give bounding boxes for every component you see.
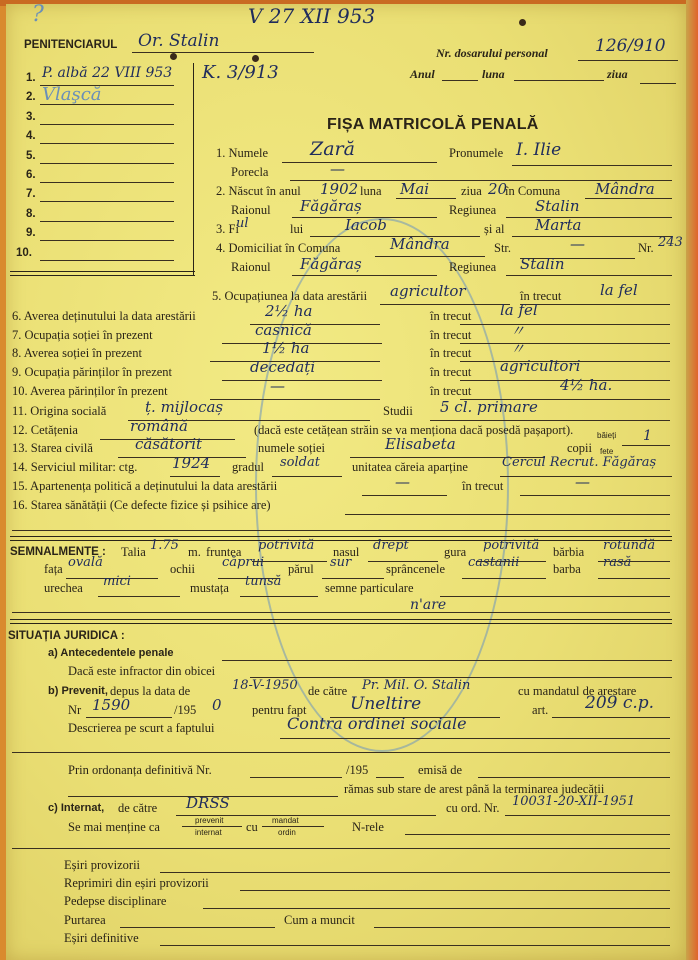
- anul-label: Anul: [410, 67, 435, 82]
- urechea-value[interactable]: mici: [103, 574, 131, 589]
- militar-label: 14. Serviciul militar: ctg.: [12, 460, 137, 475]
- transfer-num: 10.: [16, 247, 32, 259]
- cu-label: cu: [246, 820, 258, 835]
- frac-prevenit: prevenit: [195, 816, 223, 825]
- ochii-value[interactable]: căprui: [222, 555, 264, 570]
- cum-a-muncit-label: Cum a muncit: [284, 913, 355, 928]
- politica-trecut-value[interactable]: —: [575, 473, 590, 491]
- row-trecut-label: în trecut: [430, 346, 471, 361]
- art-label: art.: [532, 703, 548, 718]
- parul-label: părul: [288, 562, 314, 577]
- corner-mark: ?: [32, 2, 44, 27]
- nr-label: Nr.: [638, 241, 654, 256]
- dom-raionul-label: Raionul: [231, 260, 271, 275]
- punch-hole: [519, 19, 526, 26]
- transfer-num: 4.: [26, 130, 36, 142]
- urechea-label: urechea: [44, 581, 83, 596]
- internat-catre-value[interactable]: DRSS: [186, 794, 230, 812]
- dom-regiunea-label: Regiunea: [449, 260, 496, 275]
- catre-label: de către: [308, 684, 347, 699]
- ochii-label: ochii: [170, 562, 195, 577]
- frac-mandat: mandat: [272, 816, 299, 825]
- emisa-label: emisă de: [418, 763, 462, 778]
- barba-label: barba: [553, 562, 581, 577]
- row-trecut-value[interactable]: agricultori: [500, 357, 580, 375]
- catre-value[interactable]: Pr. Mil. O. Stalin: [362, 678, 470, 693]
- ordonanta-an-label: /195: [346, 763, 368, 778]
- row-label: 6. Averea deținutului la data arestării: [12, 309, 196, 324]
- mama-value[interactable]: Marta: [535, 216, 581, 234]
- card-right-edge: [686, 0, 698, 960]
- row-value[interactable]: casnică: [255, 321, 312, 339]
- nascut-luna-label: luna: [360, 184, 382, 199]
- row-trecut-label: în trecut: [430, 365, 471, 380]
- ctg-value[interactable]: 1924: [172, 454, 210, 472]
- str-label: Str.: [494, 241, 511, 256]
- fiul-suffix[interactable]: ul: [236, 216, 249, 231]
- porecla-label: Porecla: [231, 165, 268, 180]
- purtarea-label: Purtarea: [64, 913, 106, 928]
- art-value[interactable]: 209 c.p.: [585, 693, 654, 713]
- baieti-label: băieți: [597, 431, 616, 440]
- dosar-label: Nr. dosarului personal: [436, 46, 548, 61]
- punch-hole: [252, 55, 259, 62]
- luna-label: luna: [482, 67, 505, 82]
- fata-label: fața: [44, 562, 63, 577]
- dom-regiunea-value[interactable]: Stalin: [520, 255, 565, 273]
- transfer-value[interactable]: P. albă 22 VIII 953: [42, 65, 172, 81]
- gradul-label: gradul: [232, 460, 264, 475]
- origina-value[interactable]: ț. mijlocaș: [145, 398, 223, 416]
- studii-label: Studii: [383, 404, 413, 419]
- talia-value[interactable]: 1.75: [150, 538, 179, 553]
- starea-value[interactable]: căsătorit: [135, 435, 202, 453]
- porecla-value[interactable]: —: [330, 160, 345, 178]
- pronumele-value[interactable]: I. Ilie: [516, 140, 561, 160]
- mandat-an-prefix: /195: [174, 703, 196, 718]
- top-note: V 27 XII 953: [248, 4, 375, 28]
- transfer-value[interactable]: Vlaşcă: [42, 84, 102, 105]
- esiri-definitive-label: Eșiri definitive: [64, 931, 139, 946]
- row-trecut-label: în trecut: [430, 384, 471, 399]
- row-value[interactable]: —: [270, 377, 285, 395]
- penitenciar-label: PENITENCIARUL: [24, 39, 117, 51]
- row-value[interactable]: 1½ ha: [262, 339, 309, 357]
- juridica-title: SITUAȚIA JURIDICA :: [8, 630, 125, 642]
- row-value[interactable]: agricultor: [390, 282, 466, 300]
- nascut-label: 2. Născut în anul: [216, 184, 301, 199]
- barba-value[interactable]: rasă: [603, 555, 631, 570]
- domiciliu-label: 4. Domiciliat în Comuna: [216, 241, 340, 256]
- sotie-value[interactable]: Elisabeta: [385, 435, 456, 453]
- semne-label: semne particulare: [325, 581, 414, 596]
- row-trecut-value[interactable]: 4½ ha.: [560, 376, 612, 394]
- row-label: 8. Averea soției în prezent: [12, 346, 142, 361]
- row-trecut-label: în trecut: [430, 309, 471, 324]
- fata-value[interactable]: ovală: [68, 555, 103, 570]
- transfer-num: 1.: [26, 72, 36, 84]
- sprancenele-label: sprâncenele: [386, 562, 445, 577]
- nrele-label: N-rele: [352, 820, 384, 835]
- unitatea-value[interactable]: Cercul Recrut. Făgăraș: [502, 455, 656, 470]
- internat-catre-label: de către: [118, 801, 157, 816]
- row-label: 9. Ocupația părinților în prezent: [12, 365, 172, 380]
- internat-label: c) Internat,: [48, 802, 104, 814]
- ord-value[interactable]: 10031-20-XII-1951: [512, 794, 635, 809]
- politica-value[interactable]: —: [395, 473, 410, 491]
- nascut-ziua-label: ziua: [461, 184, 482, 199]
- ordonanta-label: Prin ordonanța definitivă Nr.: [68, 763, 212, 778]
- fapta-value[interactable]: Uneltire: [350, 694, 421, 714]
- politica-trecut-label: în trecut: [462, 479, 503, 494]
- gura-label: gura: [444, 545, 466, 560]
- mandat-an-value[interactable]: 0: [212, 696, 222, 714]
- m-label: m.: [188, 545, 201, 560]
- numele-value[interactable]: Zară: [310, 138, 355, 160]
- nascut-luna[interactable]: Mai: [400, 180, 429, 198]
- nascut-anul[interactable]: 1902: [320, 180, 358, 198]
- penitenciar-value[interactable]: Or. Stalin: [138, 31, 219, 51]
- tata-value[interactable]: Iacob: [345, 216, 387, 234]
- dom-raionul-value[interactable]: Făgăraș: [300, 255, 362, 273]
- row-trecut-label: în trecut: [430, 328, 471, 343]
- barbia-value[interactable]: rotundă: [603, 538, 655, 553]
- descriere-label: Descrierea pe scurt a faptului: [68, 721, 214, 736]
- mandat-nr-value[interactable]: 1590: [92, 696, 130, 714]
- origina-label: 11. Origina socială: [12, 404, 106, 419]
- si-al-label: și al: [484, 222, 504, 237]
- frac-ordin: ordin: [278, 828, 296, 837]
- esiri-provizorii-label: Eșiri provizorii: [64, 858, 140, 873]
- nasul-value[interactable]: drept: [373, 538, 409, 553]
- nr-value[interactable]: 243: [658, 235, 683, 250]
- semne-value[interactable]: n'are: [410, 597, 446, 613]
- raionul-value[interactable]: Făgăraș: [300, 197, 362, 215]
- mandat-nr-label: Nr: [68, 703, 81, 718]
- copii-label: copii: [567, 441, 592, 456]
- mentine-label: Se mai menține ca: [68, 820, 160, 835]
- antecedente-label: a) Antecedentele penale: [48, 647, 174, 659]
- cetatenia-label: 12. Cetățenia: [12, 423, 78, 438]
- pronumele-label: Pronumele: [449, 146, 503, 161]
- numele-label: 1. Numele: [216, 146, 268, 161]
- cetatenia-value[interactable]: română: [130, 417, 188, 435]
- regiunea-label: Regiunea: [449, 203, 496, 218]
- transfer-num: 6.: [26, 169, 36, 181]
- transfer-num: 3.: [26, 111, 36, 123]
- ord-label: cu ord. Nr.: [446, 801, 499, 816]
- pedepse-label: Pedepse disciplinare: [64, 894, 166, 909]
- parul-value[interactable]: sur: [330, 555, 351, 570]
- transfer-num: 7.: [26, 188, 36, 200]
- row-trecut-value[interactable]: 〃: [510, 338, 525, 359]
- gura-value[interactable]: potrivită: [483, 538, 539, 553]
- mustata-value[interactable]: tunsă: [245, 574, 281, 589]
- transfer-num: 8.: [26, 208, 36, 220]
- dosar-value[interactable]: 126/910: [595, 36, 666, 56]
- gradul-value[interactable]: soldat: [280, 455, 320, 470]
- row-trecut-value[interactable]: la fel: [500, 301, 538, 319]
- row-trecut-value[interactable]: la fel: [600, 281, 638, 299]
- politica-label: 15. Apartenența politică a deținutului l…: [12, 479, 277, 494]
- comuna-value[interactable]: Mândra: [595, 180, 655, 198]
- str-value[interactable]: —: [570, 235, 585, 253]
- transfer-num: 9.: [26, 227, 36, 239]
- infractor-label: Dacă este infractor din obicei: [68, 664, 215, 679]
- punch-hole: [170, 53, 177, 60]
- fruntea-value[interactable]: potrivită: [258, 538, 314, 553]
- baieti-value[interactable]: 1: [643, 428, 652, 444]
- regiunea-value[interactable]: Stalin: [535, 197, 580, 215]
- talia-label: Talia: [121, 545, 146, 560]
- row-value[interactable]: decedați: [250, 358, 315, 376]
- sanatate-label: 16. Starea sănătății (Ce defecte fizice …: [12, 498, 271, 513]
- transfer-num: 5.: [26, 150, 36, 162]
- reprimiri-label: Reprimiri din eșiri provizorii: [64, 876, 209, 891]
- mustata-label: mustața: [190, 581, 229, 596]
- barbia-label: bărbia: [553, 545, 584, 560]
- transfer-num: 2.: [26, 91, 36, 103]
- page-title: FIȘA MATRICOLĂ PENALĂ: [327, 116, 539, 134]
- dom-comuna-value[interactable]: Mândra: [390, 235, 450, 253]
- data-depus-value[interactable]: 18-V-1950: [232, 678, 298, 693]
- studii-value[interactable]: 5 cl. primare: [440, 398, 538, 416]
- sotie-label: numele soției: [258, 441, 325, 456]
- row-label: 10. Averea părinților în prezent: [12, 384, 168, 399]
- row-value[interactable]: 2½ ha: [265, 302, 312, 320]
- transfer-side-note: K. 3/913: [202, 62, 279, 83]
- starea-label: 13. Starea civilă: [12, 441, 93, 456]
- frac-internat: internat: [195, 828, 222, 837]
- ziua-label: ziua: [607, 67, 628, 82]
- row-label: 7. Ocupația soției în prezent: [12, 328, 153, 343]
- lui-label: lui: [290, 222, 303, 237]
- descriere-value[interactable]: Contra ordinei sociale: [287, 714, 467, 733]
- sprancenele-value[interactable]: castanii: [468, 555, 519, 570]
